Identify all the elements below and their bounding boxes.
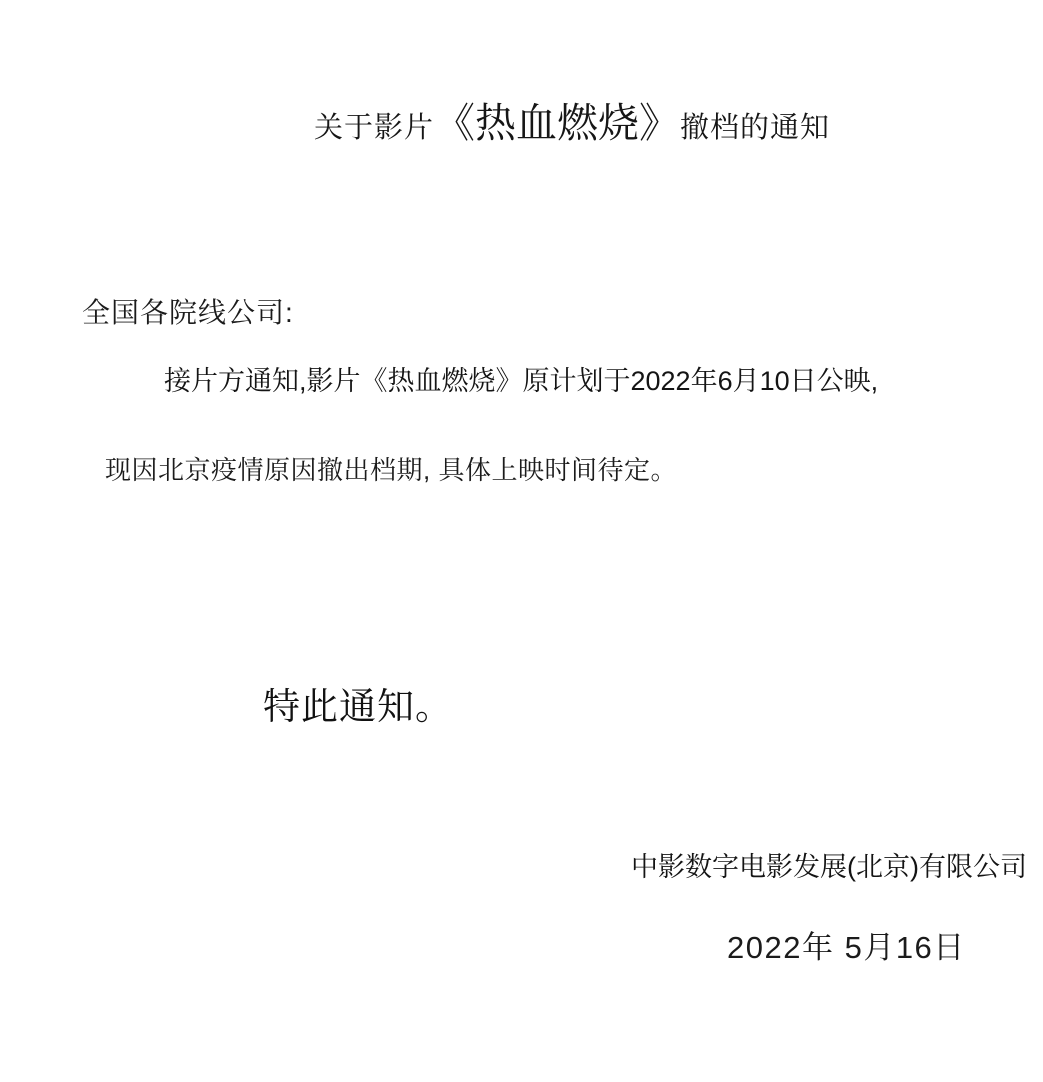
title-prefix: 关于影片 (314, 105, 434, 146)
notice-document-page: 关于影片 《热血燃烧》 撤档的通知 全国各院线公司: 接片方通知,影片《热血燃烧… (0, 0, 1043, 1082)
body-paragraph-2: 现因北京疫情原因撤出档期, 具体上映时间待定。 (105, 450, 677, 487)
closing-statement: 特此通知。 (263, 676, 453, 730)
notice-title: 关于影片 《热血燃烧》 撤档的通知 (314, 90, 830, 149)
notice-date: 2022年 5月16日 (727, 922, 966, 967)
title-suffix: 撤档的通知 (680, 105, 830, 146)
signature-company: 中影数字电影发展(北京)有限公司 (631, 845, 1027, 884)
salutation: 全国各院线公司: (82, 291, 294, 331)
body-paragraph-1: 接片方通知,影片《热血燃烧》原计划于2022年6月10日公映, (164, 359, 878, 398)
movie-title: 《热血燃烧》 (434, 90, 680, 149)
